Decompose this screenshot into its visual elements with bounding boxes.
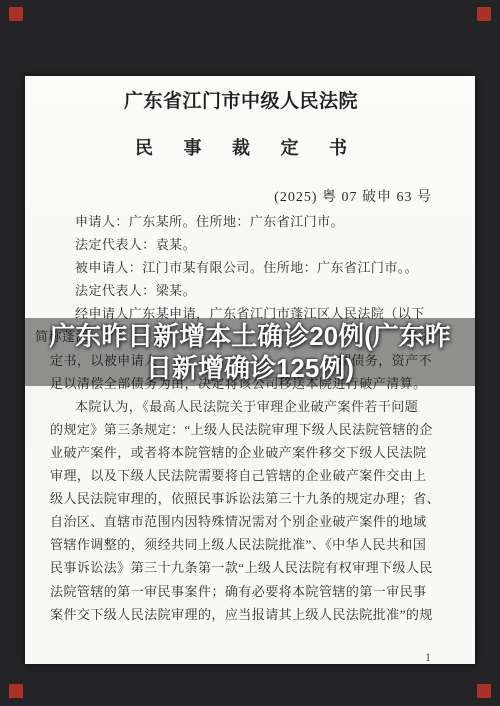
body-line: 法定代表人：梁某。 [50,279,432,302]
case-number: (2025) 粤 07 破申 63 号 [50,186,432,206]
body-line: 本院认为，《最高人民法院关于审理企业破产案件若干问题 [50,395,432,418]
headline-overlay: 广东昨日新增本土确诊20例(广东昨 日新增确诊125例) [25,318,475,386]
document-type-title: 民 事 裁 定 书 [50,134,432,160]
body-line: 自治区、直辖市范围内因特殊情况需对个别企业破产案件的地域 [50,510,432,533]
body-line: 法院管辖的第一审民事案件；确有必要将本院管辖的第一审民事 [50,580,432,603]
headline-line1: 广东昨日新增本土确诊20例(广东昨 [25,320,475,352]
page-number: 1 [425,650,431,665]
corner-mark-top-right [477,7,491,21]
body-line: 的规定》第三条规定：“上级人民法院审理下级人民法院管辖的企 [50,418,432,441]
body-line: 审理，以及下级人民法院需要将自己管辖的企业破产案件交由上 [50,464,432,487]
corner-mark-bottom-right [477,684,491,698]
body-line: 管辖作调整的，须经共同上级人民法院批准”、《中华人民共和国 [50,533,432,556]
corner-mark-bottom-left [9,684,23,698]
body-line: 级人民法院审理的，依照民事诉讼法第三十九条的规定办理；省、 [50,487,432,510]
body-line: 业破产案件，或者将本院管辖的企业破产案件移交下级人民法院 [50,441,432,464]
document-page: 广东省江门市中级人民法院 民 事 裁 定 书 (2025) 粤 07 破申 63… [25,76,475,664]
body-line: 民事诉讼法》第三十九条第一款“上级人民法院有权审理下级人民 [50,556,432,579]
body-line: 案件交下级人民法院审理的，应当报请其上级人民法院批准”的规 [50,603,432,626]
corner-mark-top-left [9,7,23,21]
body-line: 被申请人：江门市某有限公司。住所地：广东省江门市。。 [50,256,432,279]
body-line: 法定代表人：袁某。 [50,233,432,256]
document-body: 申请人：广东某所。住所地：广东省江门市。法定代表人：袁某。被申请人：江门市某有限… [50,210,432,626]
body-line: 申请人：广东某所。住所地：广东省江门市。 [50,210,432,233]
headline-line2: 日新增确诊125例) [25,352,475,384]
viewer-backdrop: 广东省江门市中级人民法院 民 事 裁 定 书 (2025) 粤 07 破申 63… [0,0,500,706]
court-name: 广东省江门市中级人民法院 [50,86,432,113]
